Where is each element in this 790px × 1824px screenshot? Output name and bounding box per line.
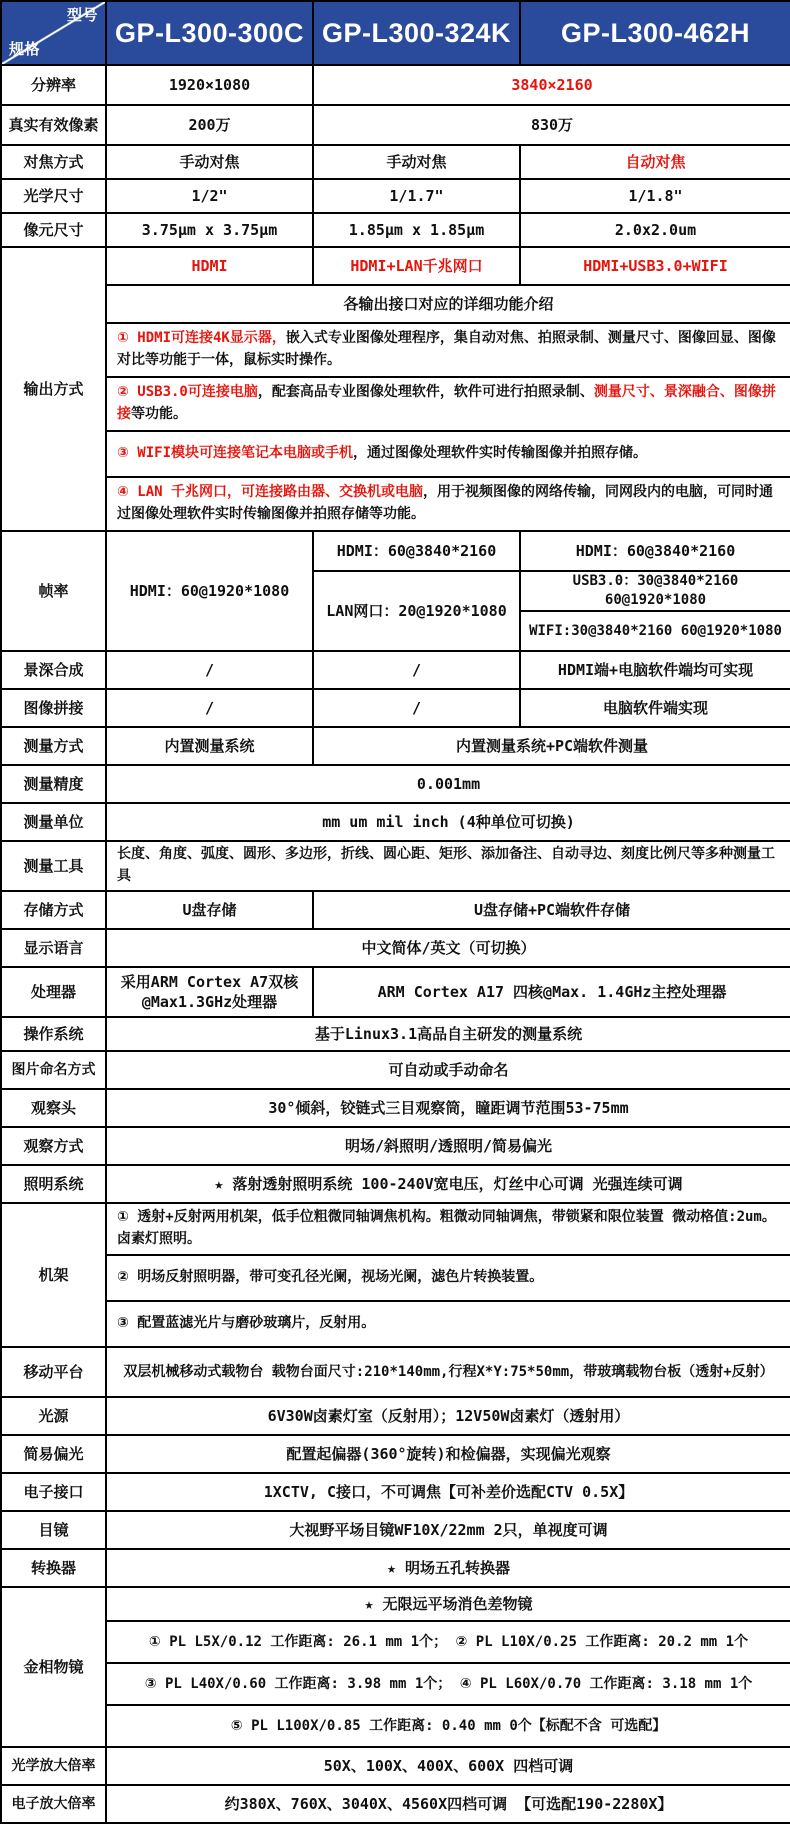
framerate-462h-wifi: WIFI:30@3840*2160 60@1920*1080 xyxy=(521,612,790,650)
stitching-462h: 电脑软件端实现 xyxy=(521,690,790,726)
stage-value: 双层机械移动式载物台 载物台面尺寸:210*140mm,行程X*Y:75*50m… xyxy=(107,1348,790,1396)
light-source-value: 6V30W卤素灯室（反射用）；12V50W卤素灯（透射用） xyxy=(107,1398,790,1434)
model-header-300c: GP-L300-300C xyxy=(107,2,312,64)
spec-label-nosepiece: 转换器 xyxy=(2,1550,105,1586)
depth-fusion-324k: / xyxy=(314,652,519,688)
measure-tools-value: 长度、角度、弧度、圆形、多边形，折线、圆心距、矩形、添加备注、自动寻边、刻度比例… xyxy=(107,842,790,890)
naming-value: 可自动或手动命名 xyxy=(107,1052,790,1088)
depth-fusion-462h: HDMI端+电脑软件端均可实现 xyxy=(521,652,790,688)
framerate-300c: HDMI：60@1920*1080 xyxy=(107,532,312,650)
polarizer-value: 配置起偏器(360°旋转)和检偏器，实现偏光观察 xyxy=(107,1436,790,1472)
framerate-462h-hdmi: HDMI：60@3840*2160 xyxy=(521,532,790,570)
head-value: 30°倾斜，铰链式三目观察筒，瞳距调节范围53-75mm xyxy=(107,1090,790,1126)
pixels-324k-462h: 830万 xyxy=(314,106,790,144)
spec-label-light-source: 光源 xyxy=(2,1398,105,1434)
spec-label-resolution: 分辨率 xyxy=(2,66,105,104)
focus-300c: 手动对焦 xyxy=(107,146,312,178)
focus-324k: 手动对焦 xyxy=(314,146,519,178)
spec-label-illumination: 照明系统 xyxy=(2,1166,105,1202)
resolution-324k-462h: 3840×2160 xyxy=(314,66,790,104)
processor-324k-462h: ARM Cortex A17 四核@Max. 1.4GHz主控处理器 xyxy=(314,968,790,1016)
framerate-324k-lan: LAN网口：20@1920*1080 xyxy=(314,572,519,650)
output-item1: ① HDMI可连接4K显示器，嵌入式专业图像处理程序，集自动对焦、拍照录制、测量… xyxy=(107,324,790,376)
spec-label-depth-fusion: 景深合成 xyxy=(2,652,105,688)
spec-label-frame: 机架 xyxy=(2,1204,105,1346)
measure-precision-value: 0.001mm xyxy=(107,766,790,802)
pixels-300c: 200万 xyxy=(107,106,312,144)
objectives-item5: ⑤ PL L100X/0.85 工作距离: 0.40 mm 0个【标配不含 可选… xyxy=(107,1706,790,1746)
optical-size-324k: 1/1.7" xyxy=(314,180,519,212)
nosepiece-value: ★ 明场五孔转换器 xyxy=(107,1550,790,1586)
spec-label-head: 观察头 xyxy=(2,1090,105,1126)
optical-size-300c: 1/2" xyxy=(107,180,312,212)
frame-item2: ② 明场反射照明器，带可变孔径光阑，视场光阑，滤色片转换装置。 xyxy=(107,1256,790,1300)
digital-mag-value: 约380X、760X、3040X、4560X四档可调 【可选配190-2280X… xyxy=(107,1786,790,1822)
corner-model-label: 型号 xyxy=(67,6,98,26)
spec-label-language: 显示语言 xyxy=(2,930,105,966)
processor-300c: 采用ARM Cortex A7双核@Max1.3GHz处理器 xyxy=(107,968,312,1016)
spec-label-pixel-size: 像元尺寸 xyxy=(2,214,105,246)
objectives-item12: ① PL L5X/0.12 工作距离: 26.1 mm 1个； ② PL L10… xyxy=(107,1622,790,1662)
objectives-title: ★ 无限远平场消色差物镜 xyxy=(107,1588,790,1620)
spec-label-objectives: 金相物镜 xyxy=(2,1588,105,1746)
spec-label-eyepiece: 目镜 xyxy=(2,1512,105,1548)
spec-label-os: 操作系统 xyxy=(2,1018,105,1050)
spec-label-pixels: 真实有效像素 xyxy=(2,106,105,144)
language-value: 中文简体/英文（可切换） xyxy=(107,930,790,966)
model-header-462h: GP-L300-462H xyxy=(521,2,790,64)
spec-label-digital-mag: 电子放大倍率 xyxy=(2,1786,105,1822)
stitching-300c: / xyxy=(107,690,312,726)
spec-table: 型号 规格 GP-L300-300C GP-L300-324K GP-L300-… xyxy=(0,0,790,1824)
framerate-324k-hdmi: HDMI：60@3840*2160 xyxy=(314,532,519,570)
electronic-port-value: 1XCTV, C接口，不可调焦【可补差价选配CTV 0.5X】 xyxy=(107,1474,790,1510)
objectives-item34: ③ PL L40X/0.60 工作距离: 3.98 mm 1个； ④ PL L6… xyxy=(107,1664,790,1704)
output-item4: ④ LAN 千兆网口，可连接路由器、交换机或电脑，用于视频图像的网络传输，同网段… xyxy=(107,478,790,530)
spec-label-polarizer: 简易偏光 xyxy=(2,1436,105,1472)
os-value: 基于Linux3.1高品自主研发的测量系统 xyxy=(107,1018,790,1050)
spec-label-focus: 对焦方式 xyxy=(2,146,105,178)
output-item2: ② USB3.0可连接电脑，配套高品专业图像处理软件，软件可进行拍照录制、测量尺… xyxy=(107,378,790,430)
measure-unit-value: mm um mil inch (4种单位可切换) xyxy=(107,804,790,840)
pixel-size-324k: 1.85μm x 1.85μm xyxy=(314,214,519,246)
resolution-300c: 1920×1080 xyxy=(107,66,312,104)
spec-label-naming: 图片命名方式 xyxy=(2,1052,105,1088)
observation-value: 明场/斜照明/透照明/简易偏光 xyxy=(107,1128,790,1164)
frame-item1: ① 透射+反射两用机架，低手位粗微同轴调焦机构。粗微动同轴调焦，带锁紧和限位装置… xyxy=(107,1204,790,1254)
eyepiece-value: 大视野平场目镜WF10X/22mm 2只，单视度可调 xyxy=(107,1512,790,1548)
measure-method-300c: 内置测量系统 xyxy=(107,728,312,764)
output-iface-300c: HDMI xyxy=(107,248,312,284)
spec-label-measure-precision: 测量精度 xyxy=(2,766,105,802)
output-item3: ③ WIFI模块可连接笔记本电脑或手机，通过图像处理软件实时传输图像并拍照存储。 xyxy=(107,432,790,476)
pixel-size-462h: 2.0x2.0um xyxy=(521,214,790,246)
spec-label-measure-tools: 测量工具 xyxy=(2,842,105,890)
spec-label-measure-unit: 测量单位 xyxy=(2,804,105,840)
output-intro: 各输出接口对应的详细功能介绍 xyxy=(107,286,790,322)
framerate-462h-usb: USB3.0：30@3840*2160 60@1920*1080 xyxy=(521,572,790,610)
spec-label-observation: 观察方式 xyxy=(2,1128,105,1164)
model-header-324k: GP-L300-324K xyxy=(314,2,519,64)
spec-label-measure-method: 测量方式 xyxy=(2,728,105,764)
output-iface-324k: HDMI+LAN千兆网口 xyxy=(314,248,519,284)
focus-462h: 自动对焦 xyxy=(521,146,790,178)
corner-header-cell: 型号 规格 xyxy=(2,2,105,64)
spec-label-stitching: 图像拼接 xyxy=(2,690,105,726)
storage-324k-462h: U盘存储+PC端软件存储 xyxy=(314,892,790,928)
spec-label-processor: 处理器 xyxy=(2,968,105,1016)
illumination-value: ★ 落射透射照明系统 100-240V宽电压，灯丝中心可调 光强连续可调 xyxy=(107,1166,790,1202)
storage-300c: U盘存储 xyxy=(107,892,312,928)
spec-label-optical-size: 光学尺寸 xyxy=(2,180,105,212)
spec-label-electronic-port: 电子接口 xyxy=(2,1474,105,1510)
output-iface-462h: HDMI+USB3.0+WIFI xyxy=(521,248,790,284)
spec-label-framerate: 帧率 xyxy=(2,532,105,650)
optical-mag-value: 50X、100X、400X、600X 四档可调 xyxy=(107,1748,790,1784)
spec-label-optical-mag: 光学放大倍率 xyxy=(2,1748,105,1784)
measure-method-324k-462h: 内置测量系统+PC端软件测量 xyxy=(314,728,790,764)
spec-label-stage: 移动平台 xyxy=(2,1348,105,1396)
pixel-size-300c: 3.75μm x 3.75μm xyxy=(107,214,312,246)
spec-label-output: 输出方式 xyxy=(2,248,105,530)
spec-label-storage: 存储方式 xyxy=(2,892,105,928)
corner-spec-label: 规格 xyxy=(9,40,40,60)
optical-size-462h: 1/1.8" xyxy=(521,180,790,212)
frame-item3: ③ 配置蓝滤光片与磨砂玻璃片，反射用。 xyxy=(107,1302,790,1346)
stitching-324k: / xyxy=(314,690,519,726)
depth-fusion-300c: / xyxy=(107,652,312,688)
